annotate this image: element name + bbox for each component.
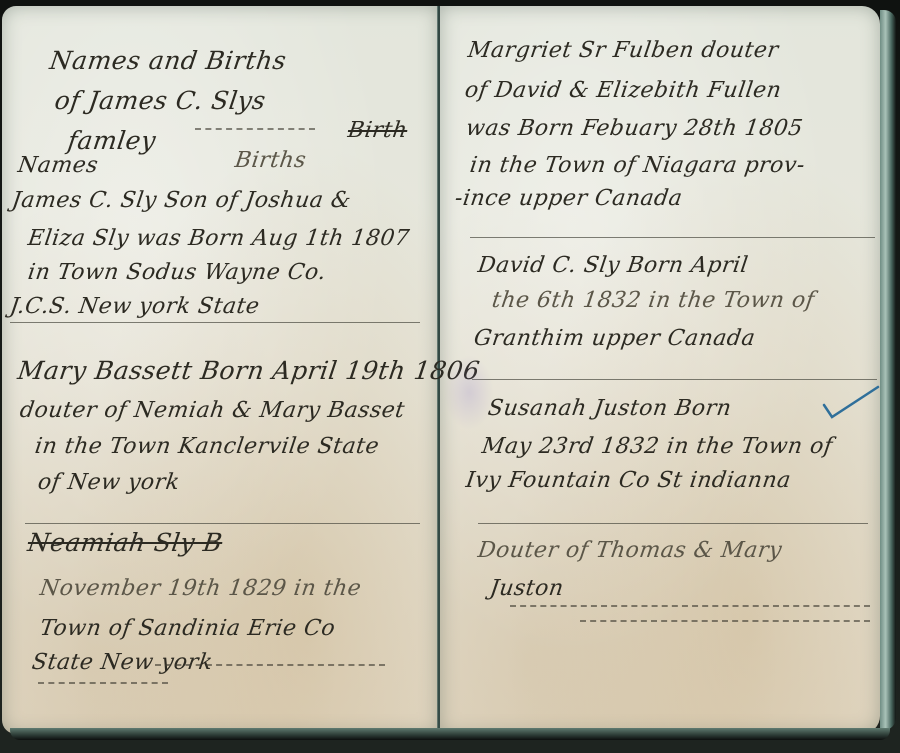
cover-edge [880, 10, 896, 730]
entry-6-line-3: Ivy Fountain Co St indianna [464, 470, 792, 492]
heading-dash [195, 128, 315, 130]
column-header-names: Names [16, 155, 99, 177]
title-line-1: Names and Births [48, 48, 288, 73]
entry-4-line-2: of David & Elizebith Fullen [463, 80, 782, 102]
entry-3-struck-name: Neamiah Sly B [26, 530, 224, 555]
entry-2-line-4: of New york [36, 472, 181, 494]
entry-4-line-1: Margriet Sr Fulben douter [466, 40, 779, 62]
entry-1-line-4: J.C.S. New york State [8, 296, 261, 318]
divider-2 [25, 523, 420, 524]
entry-1-line-2: Eliza Sly was Born Aug 1th 1807 [26, 228, 410, 250]
notebook: Names and Births of James C. Slys famley… [0, 0, 900, 753]
entry-6-line-2: May 23rd 1832 in the Town of [480, 436, 834, 458]
divider-3 [470, 237, 875, 238]
entry-7-line-2: Juston [488, 578, 565, 600]
title-line-2: of James C. Slys [53, 88, 267, 113]
entry-1-line-3: in Town Sodus Wayne Co. [26, 262, 327, 284]
entry-2-line-3: in the Town Kanclervile State [33, 436, 380, 458]
column-header-births: Births [233, 150, 307, 172]
entry-7-line-1: Douter of Thomas & Mary [476, 540, 783, 562]
divider-1 [10, 322, 420, 323]
closing-dash-3 [510, 605, 870, 607]
entry-5-line-2: the 6th 1832 in the Town of [490, 290, 815, 312]
entry-6-line-1: Susanah Juston Born [486, 398, 732, 420]
entry-5-line-3: Granthim upper Canada [472, 328, 756, 350]
closing-dash-2 [38, 682, 168, 684]
struck-heading-word: Birth [346, 120, 408, 142]
entry-4-line-3: was Born Febuary 28th 1805 [464, 118, 804, 140]
closing-dash-4 [580, 620, 870, 622]
entry-4-line-4: in the Town of Niagara prov- [468, 155, 806, 177]
check-mark-icon [822, 383, 882, 423]
closing-dash-1 [155, 664, 385, 666]
entry-4-line-5: -ince upper Canada [453, 188, 683, 210]
divider-5 [478, 523, 868, 524]
divider-4 [472, 379, 877, 380]
entry-3-line-1: November 19th 1829 in the [38, 578, 362, 600]
entry-3-line-2: Town of Sandinia Erie Co [38, 618, 336, 640]
title-line-3: famley [66, 128, 157, 153]
cover-bottom-edge [10, 728, 890, 740]
entry-5-line-1: David C. Sly Born April [476, 255, 749, 277]
entry-3-line-3: State New york [30, 652, 214, 674]
entry-2-line-1: Mary Bassett Born April 19th 1806 [16, 358, 481, 383]
entry-1-line-1: James C. Sly Son of Joshua & [10, 190, 352, 212]
entry-2-line-2: douter of Nemiah & Mary Basset [18, 400, 406, 422]
